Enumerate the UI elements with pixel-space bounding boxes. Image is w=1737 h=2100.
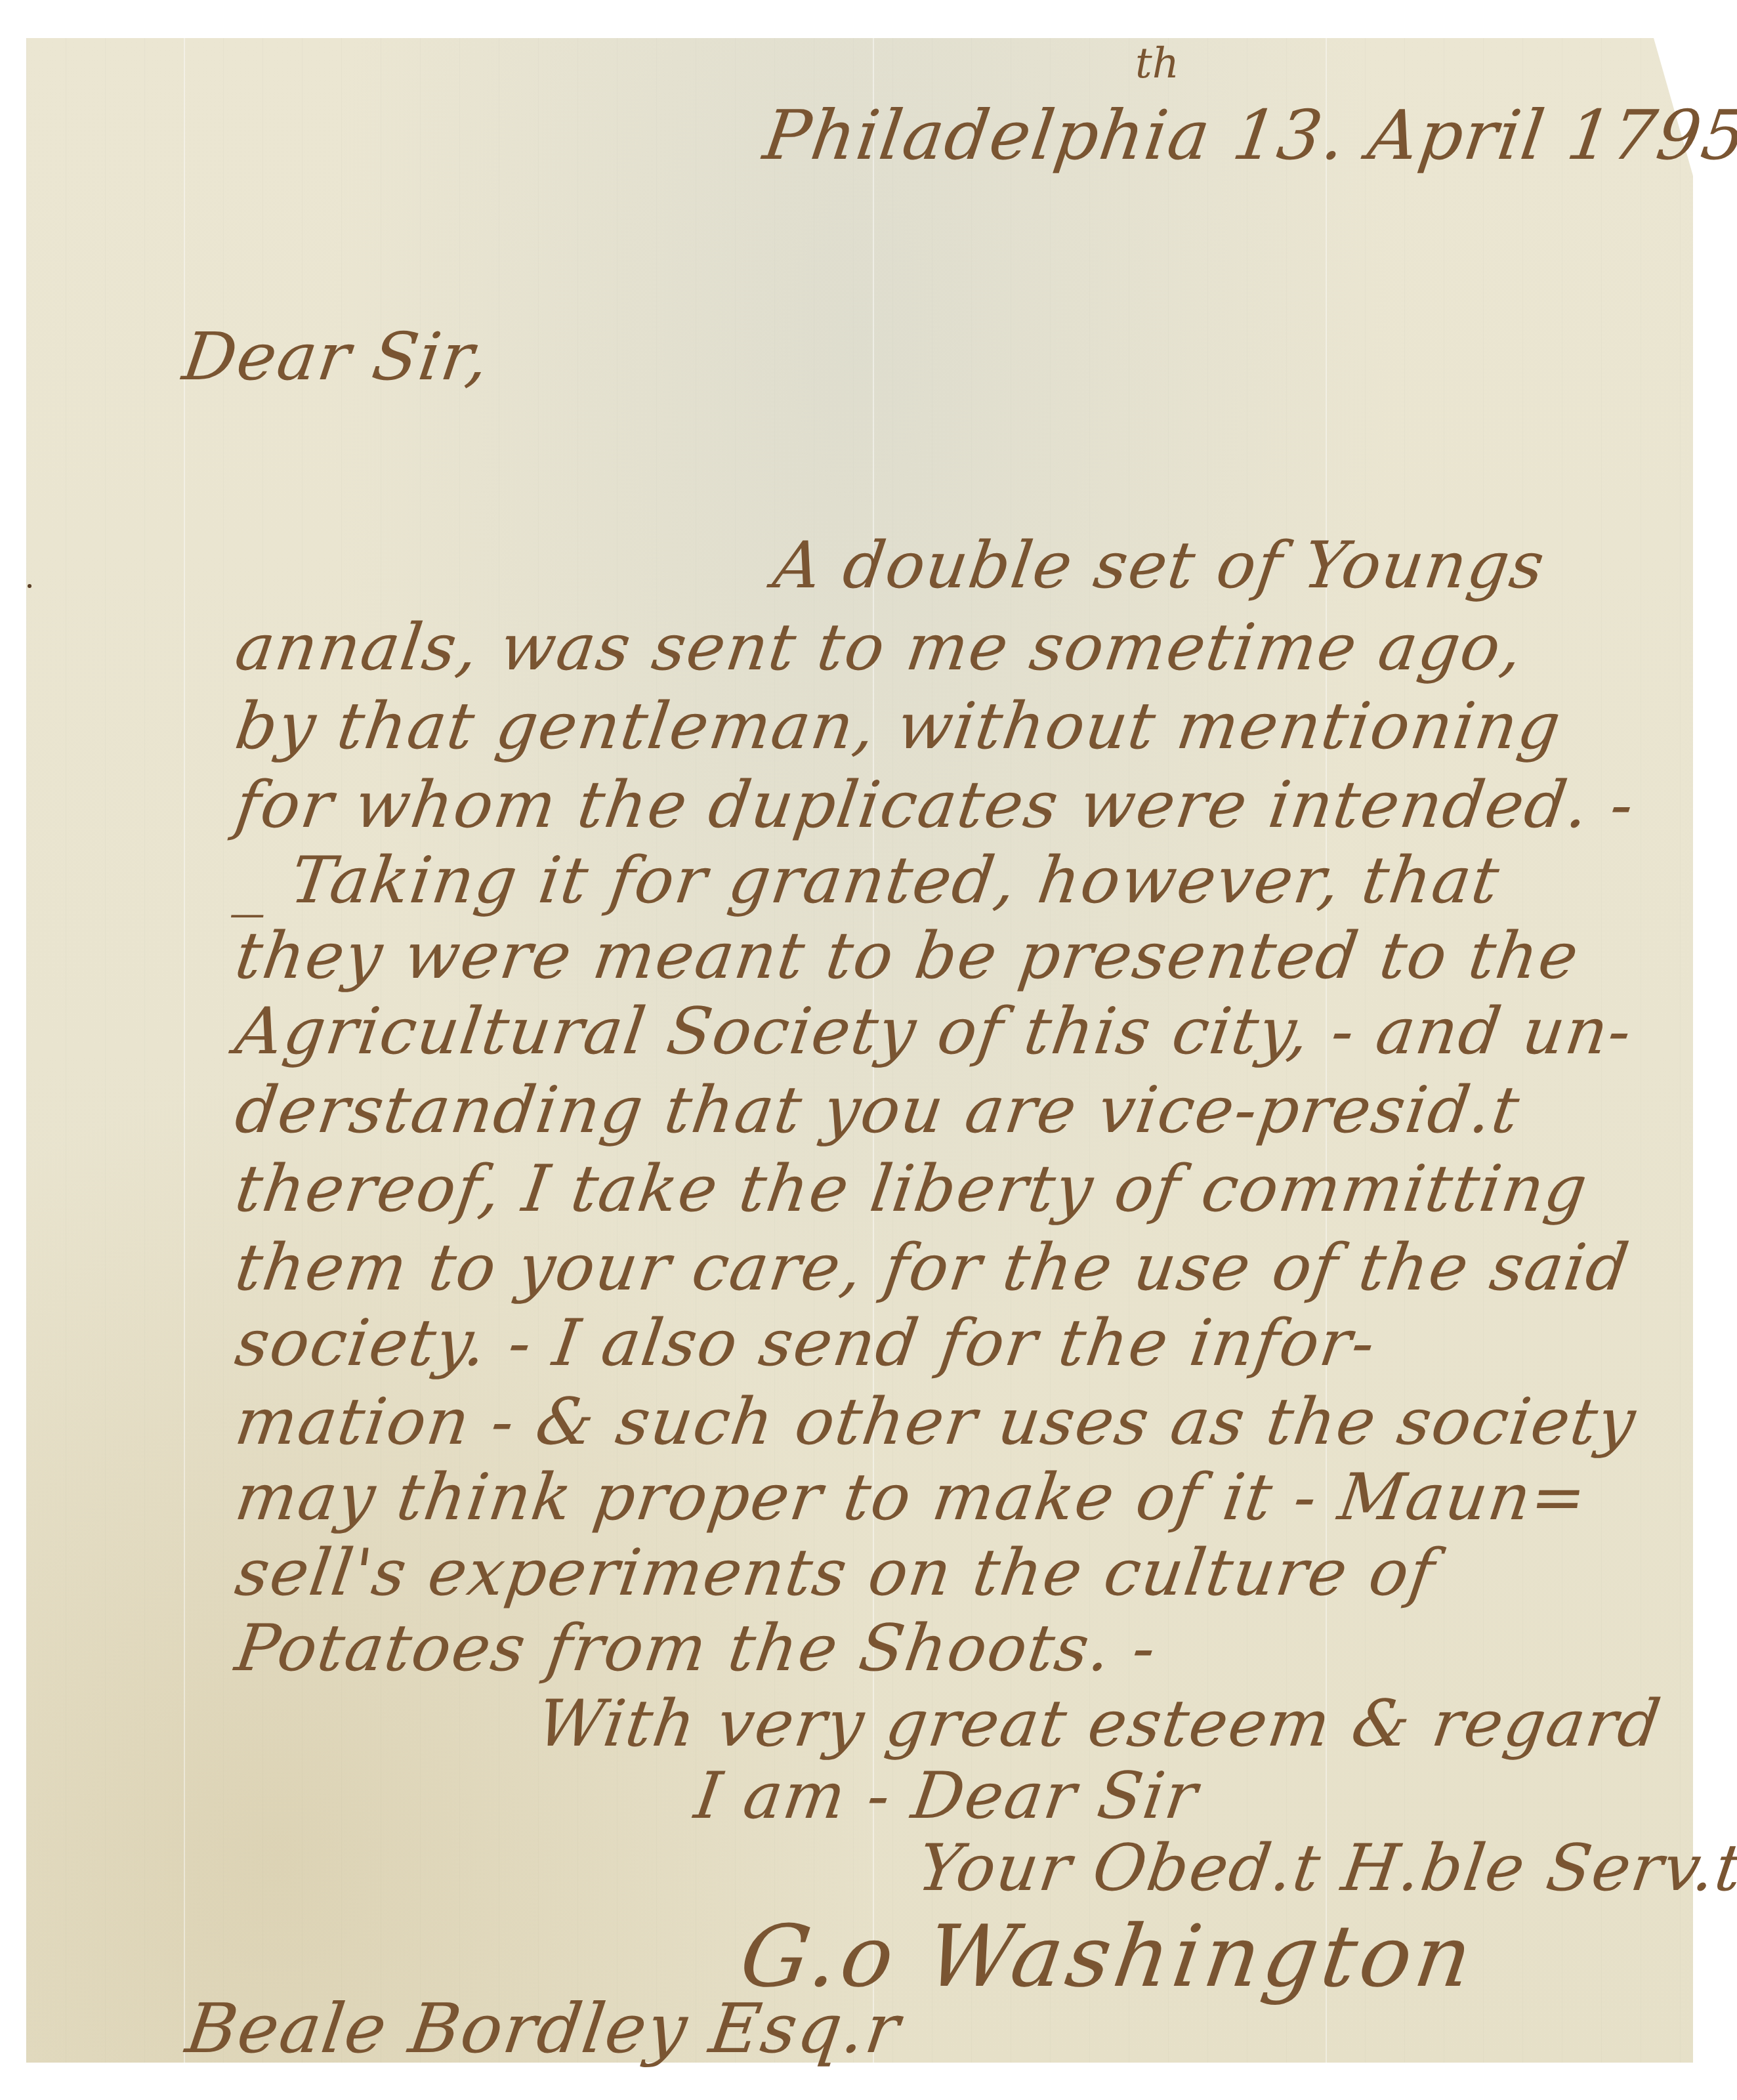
- ink-speck: [28, 584, 31, 588]
- closing-line: With very great esteem & regard: [533, 1687, 1666, 1761]
- body-line: annals, was sent to me sometime ago,: [231, 610, 1528, 685]
- body-line: them to your care, for the use of the sa…: [231, 1230, 1634, 1305]
- salutation: Dear Sir,: [178, 318, 495, 395]
- paper-fold-line: [184, 38, 185, 2063]
- date-day-superscript: th: [1135, 39, 1179, 88]
- body-line: Agricultural Society of this city, - and…: [231, 994, 1637, 1069]
- body-line: A double set of Youngs: [769, 528, 1550, 603]
- closing-line: Your Obed.t H.ble Serv.t: [913, 1831, 1737, 1906]
- dateline-month: April: [1364, 95, 1551, 175]
- dateline: Philadelphia 13. April 1795.: [759, 95, 1737, 175]
- body-line: mation - & such other uses as the societ…: [231, 1385, 1641, 1459]
- addressee: Beale Bordley Esq.r: [181, 1988, 906, 2068]
- dateline-place: Philadelphia: [759, 95, 1216, 175]
- body-line: _ Taking it for granted, however, that: [231, 843, 1505, 918]
- body-line: for whom the duplicates were intended. -: [231, 768, 1639, 843]
- body-line: by that gentleman, without mentioning: [231, 689, 1566, 764]
- body-line: derstanding that you are vice-presid.t: [231, 1073, 1525, 1148]
- body-line: thereof, I take the liberty of committin…: [231, 1152, 1593, 1227]
- dateline-year: 1795.: [1562, 95, 1737, 175]
- body-line: they were meant to be presented to the: [231, 919, 1584, 994]
- dateline-day: 13.: [1228, 95, 1352, 175]
- body-line: sell's experiments on the culture of: [231, 1536, 1440, 1610]
- closing-line: I am - Dear Sir: [690, 1759, 1203, 1834]
- body-line: may think proper to make of it - Maun=: [231, 1460, 1592, 1535]
- body-line: Potatoes from the Shoots. -: [231, 1611, 1161, 1686]
- body-line: society. - I also send for the infor-: [231, 1306, 1381, 1381]
